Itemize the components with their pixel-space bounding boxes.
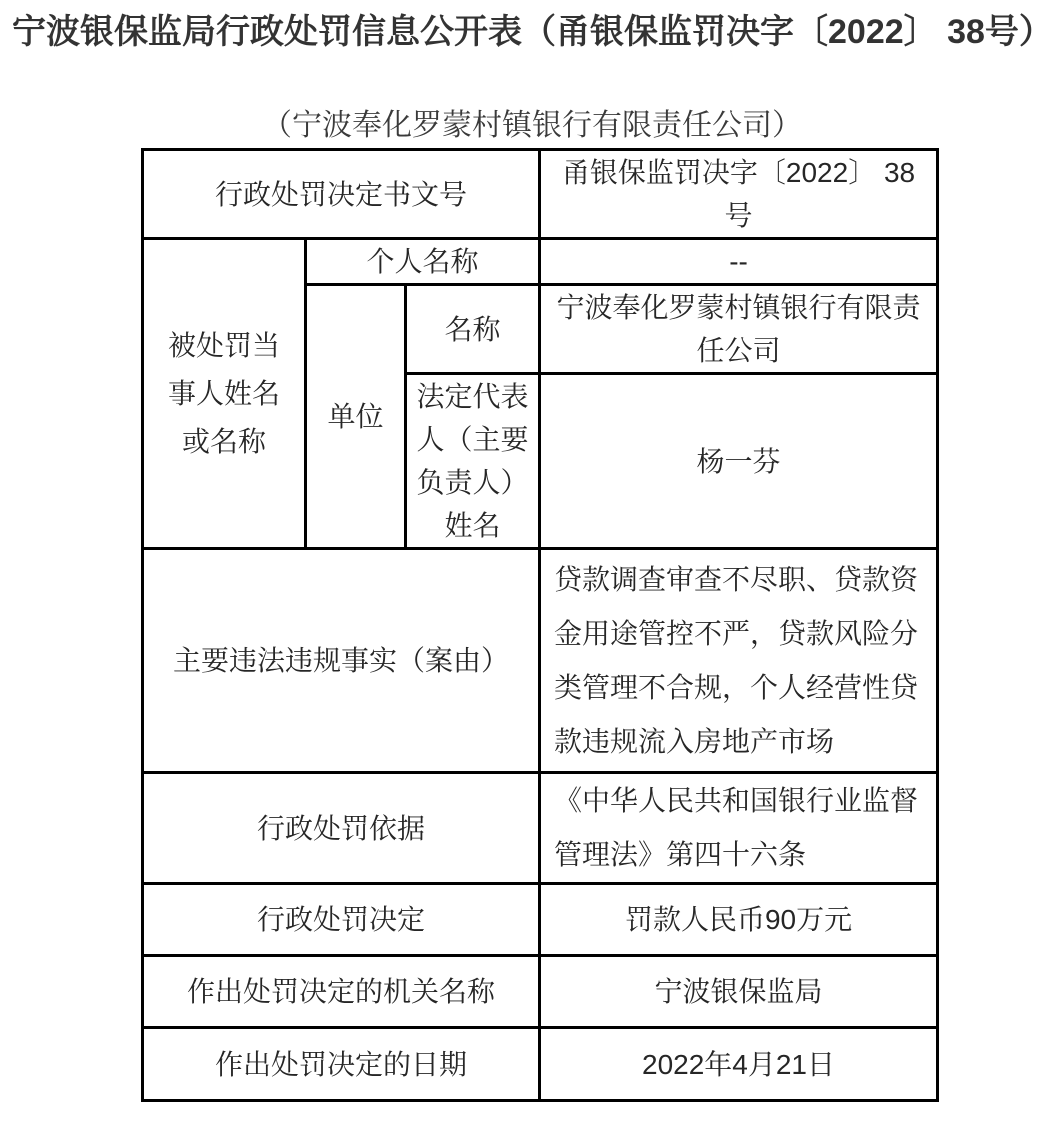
punished-party-label: 被处罚当 事人姓名 或名称	[143, 239, 306, 549]
page-subtitle: （宁波奉化罗蒙村镇银行有限责任公司）	[0, 108, 1064, 144]
row-doc-number: 行政处罚决定书文号 甬银保监罚决字〔2022〕 38 号	[143, 150, 938, 239]
org-name-label: 名称	[406, 285, 540, 374]
legal-representative-value: 杨一芬	[540, 374, 938, 549]
decision-authority-label: 作出处罚决定的机关名称	[143, 956, 540, 1028]
org-label: 单位	[306, 285, 406, 549]
penalty-basis-label: 行政处罚依据	[143, 773, 540, 884]
penalty-decision-label: 行政处罚决定	[143, 884, 540, 956]
violation-facts-label: 主要违法违规事实（案由）	[143, 549, 540, 773]
decision-date-value: 2022年4月21日	[540, 1028, 938, 1101]
org-name-value: 宁波奉化罗蒙村镇银行有限责 任公司	[540, 285, 938, 374]
legal-representative-label: 法定代表 人（主要 负责人） 姓名	[406, 374, 540, 549]
penalty-basis-value: 《中华人民共和国银行业监督 管理法》第四十六条	[540, 773, 938, 884]
doc-number-label: 行政处罚决定书文号	[143, 150, 540, 239]
row-penalty-basis: 行政处罚依据 《中华人民共和国银行业监督 管理法》第四十六条	[143, 773, 938, 884]
penalty-decision-value: 罚款人民币90万元	[540, 884, 938, 956]
page-title: 宁波银保监局行政处罚信息公开表（甬银保监罚决字〔2022〕 38号）	[0, 12, 1064, 52]
individual-name-label: 个人名称	[306, 239, 540, 285]
penalty-info-table: 行政处罚决定书文号 甬银保监罚决字〔2022〕 38 号 被处罚当 事人姓名 或…	[141, 148, 939, 1102]
row-decision-authority: 作出处罚决定的机关名称 宁波银保监局	[143, 956, 938, 1028]
row-decision-date: 作出处罚决定的日期 2022年4月21日	[143, 1028, 938, 1101]
individual-name-value: --	[540, 239, 938, 285]
decision-authority-value: 宁波银保监局	[540, 956, 938, 1028]
row-penalty-decision: 行政处罚决定 罚款人民币90万元	[143, 884, 938, 956]
row-individual-name: 被处罚当 事人姓名 或名称 个人名称 --	[143, 239, 938, 285]
decision-date-label: 作出处罚决定的日期	[143, 1028, 540, 1101]
doc-number-value: 甬银保监罚决字〔2022〕 38 号	[540, 150, 938, 239]
row-violation-facts: 主要违法违规事实（案由） 贷款调查审查不尽职、贷款资 金用途管控不严，贷款风险分…	[143, 549, 938, 773]
violation-facts-value: 贷款调查审查不尽职、贷款资 金用途管控不严，贷款风险分 类管理不合规，个人经营性…	[540, 549, 938, 773]
